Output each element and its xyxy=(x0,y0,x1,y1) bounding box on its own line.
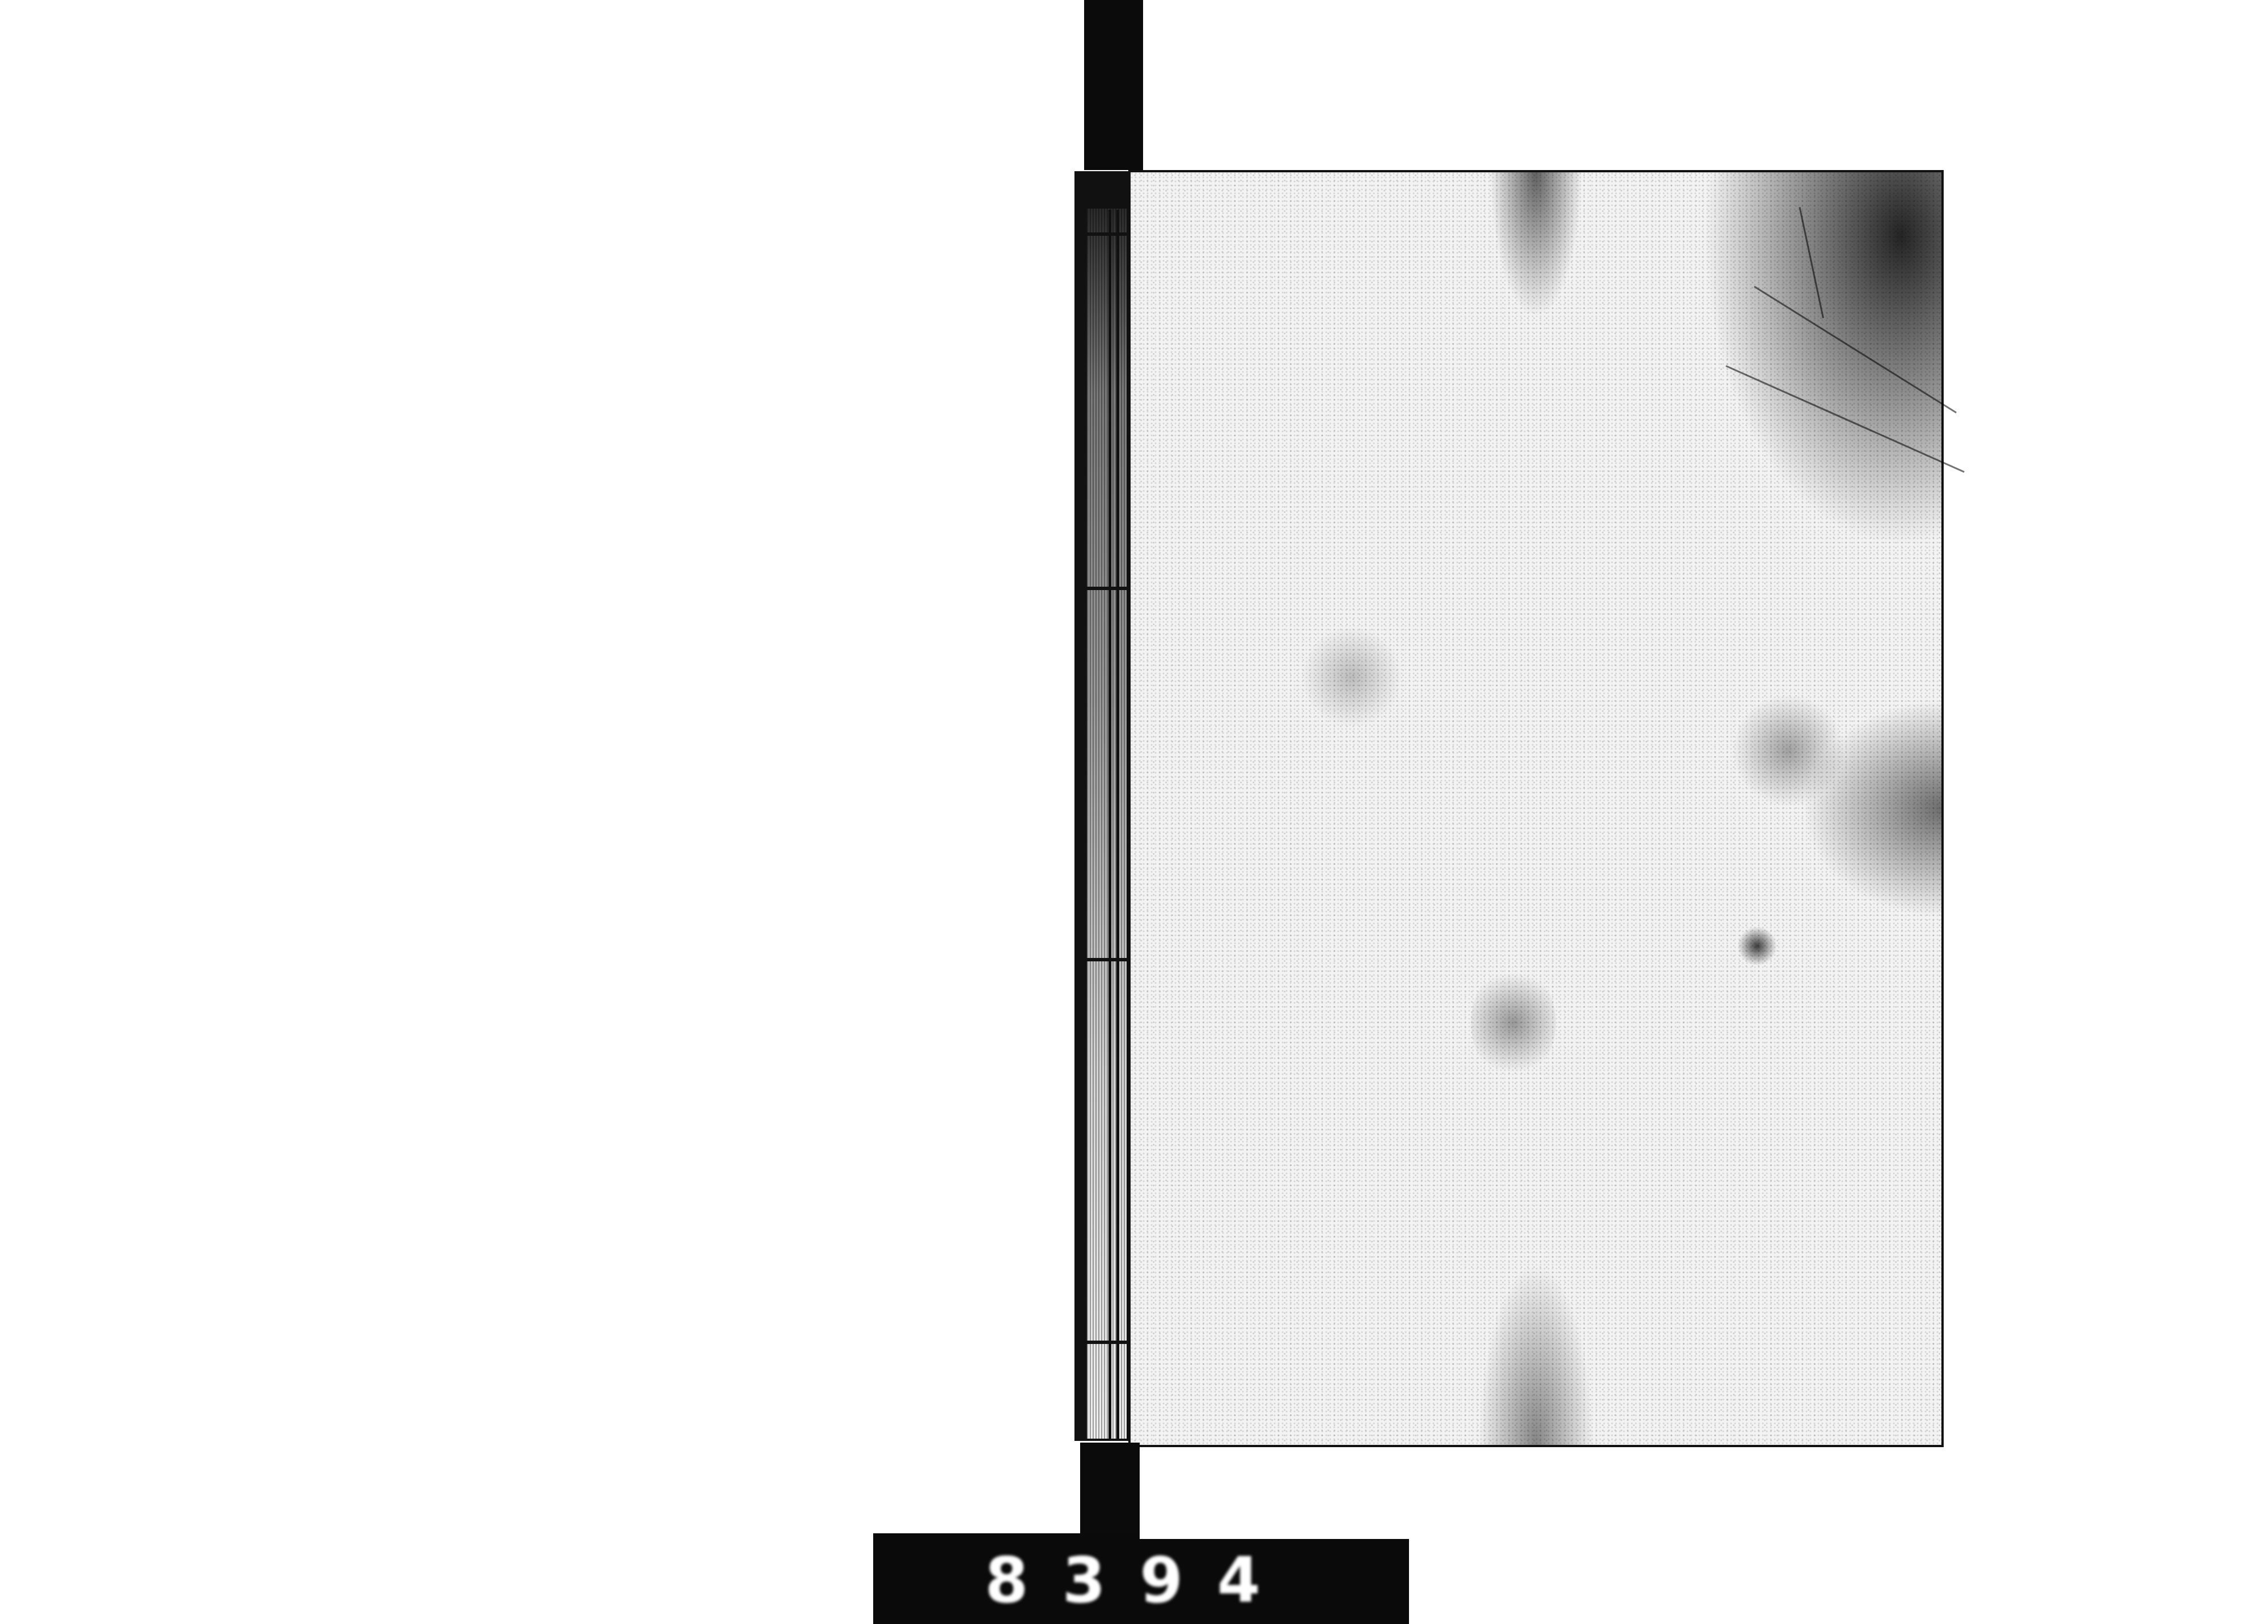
cover-stain xyxy=(1732,694,1845,807)
blank-scan-area xyxy=(0,0,1072,1624)
cover-stain xyxy=(1471,966,1556,1079)
cover-crease xyxy=(1799,207,1825,318)
cover-stain xyxy=(1737,926,1777,966)
catalog-number: 8394 xyxy=(919,1541,1361,1620)
cover-stain xyxy=(1301,626,1403,728)
binding-thread xyxy=(1116,210,1119,1440)
book xyxy=(1074,164,1945,1445)
binding-stitch xyxy=(1086,1341,1131,1344)
binding-stitch xyxy=(1086,958,1131,961)
binding-stitch xyxy=(1086,587,1131,590)
cover-crease xyxy=(1725,365,1964,473)
binding-thread xyxy=(1108,210,1111,1440)
cover-crease xyxy=(1754,286,1957,413)
support-pole-top xyxy=(1084,0,1143,170)
binding-stitch xyxy=(1086,232,1131,236)
book-cover xyxy=(1128,170,1944,1447)
book-spine xyxy=(1087,209,1127,1439)
